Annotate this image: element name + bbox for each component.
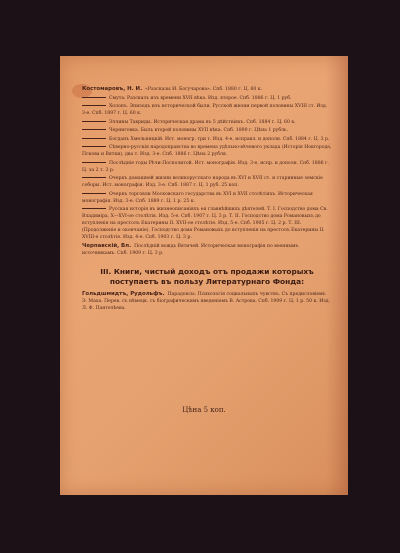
catalog-entry: Холопъ. Эпизодъ изъ исторической были. Р… bbox=[82, 103, 332, 117]
catalog-entry: Русская исторія въ жизнеописаніяхъ ея гл… bbox=[82, 206, 332, 241]
ditto-dash bbox=[82, 105, 106, 106]
entry-text: Русская исторія въ жизнеописаніяхъ ея гл… bbox=[82, 207, 328, 240]
catalog-entry: Богданъ Хмельницкій. Ист. моногр. три т.… bbox=[82, 136, 332, 143]
ditto-dash bbox=[82, 208, 106, 209]
entry-text: Холопъ. Эпизодъ изъ исторической были. Р… bbox=[82, 104, 327, 116]
catalog-entry: Эллины Тавриды. Историческая драма въ 5 … bbox=[82, 119, 332, 126]
price-label: Цѣна 5 коп. bbox=[60, 406, 348, 414]
ditto-dash bbox=[82, 129, 106, 130]
section-heading: III. Книги, чистый доходъ отъ продажи ко… bbox=[82, 267, 332, 287]
entry-text: Послѣдніе годы Рѣчи-Посполитой. Ист. мон… bbox=[82, 161, 329, 173]
catalog-entry: Послѣдніе годы Рѣчи-Посполитой. Ист. мон… bbox=[82, 160, 332, 174]
ditto-dash bbox=[82, 177, 106, 178]
catalog-list: Костомаровъ, Н. И.«Разсказы И. Богучаров… bbox=[82, 86, 332, 313]
catalog-entry: Черниговка. Быль второй половины XVII вѣ… bbox=[82, 127, 332, 134]
book-back-cover: Костомаровъ, Н. И.«Разсказы И. Богучаров… bbox=[60, 56, 348, 495]
entry-text: Черниговка. Быль второй половины XVII вѣ… bbox=[109, 128, 288, 133]
catalog-entry: Очеркъ домашней жизни великорусскаго нар… bbox=[82, 175, 332, 189]
catalog-entry: Очеркъ торговли Московскаго государства … bbox=[82, 191, 332, 205]
entry-text: Очеркъ торговли Московскаго государства … bbox=[82, 192, 313, 204]
catalog-entry: Сѣверно-русскія народоправства во времен… bbox=[82, 144, 332, 158]
author-name: Гольдшмидтъ, Рудольфъ. bbox=[82, 291, 165, 297]
entry-text: Смута. Разсказъ изъ времени XVII вѣка. И… bbox=[109, 96, 291, 101]
ditto-dash bbox=[82, 138, 106, 139]
ditto-dash bbox=[82, 193, 106, 194]
catalog-entry: Костомаровъ, Н. И.«Разсказы И. Богучаров… bbox=[82, 86, 332, 93]
ditto-dash bbox=[82, 97, 106, 98]
entry-text: Эллины Тавриды. Историческая драма въ 5 … bbox=[109, 120, 296, 125]
ditto-dash bbox=[82, 146, 106, 147]
entry-text: Богданъ Хмельницкій. Ист. моногр. три т.… bbox=[109, 137, 329, 142]
ditto-dash bbox=[82, 162, 106, 163]
author-name: Костомаровъ, Н. И. bbox=[82, 86, 142, 92]
entry-text: Сѣверно-русскія народоправства во времен… bbox=[82, 145, 332, 157]
entry-text: Очеркъ домашней жизни великорусскаго нар… bbox=[82, 176, 323, 188]
author-name: Черпавскій, Вл. bbox=[82, 243, 131, 249]
fund-entry: Гольдшмидтъ, Рудольфъ.Парадоксы. Психоло… bbox=[82, 291, 332, 312]
ditto-dash bbox=[82, 121, 106, 122]
entry-text: «Разсказы И. Богучарова». Спб. 1880 г. Ц… bbox=[145, 87, 262, 92]
catalog-entry: Смута. Разсказъ изъ времени XVII вѣка. И… bbox=[82, 95, 332, 102]
catalog-entry: Черпавскій, Вл.Послѣдній вождь Вятичей. … bbox=[82, 243, 332, 257]
